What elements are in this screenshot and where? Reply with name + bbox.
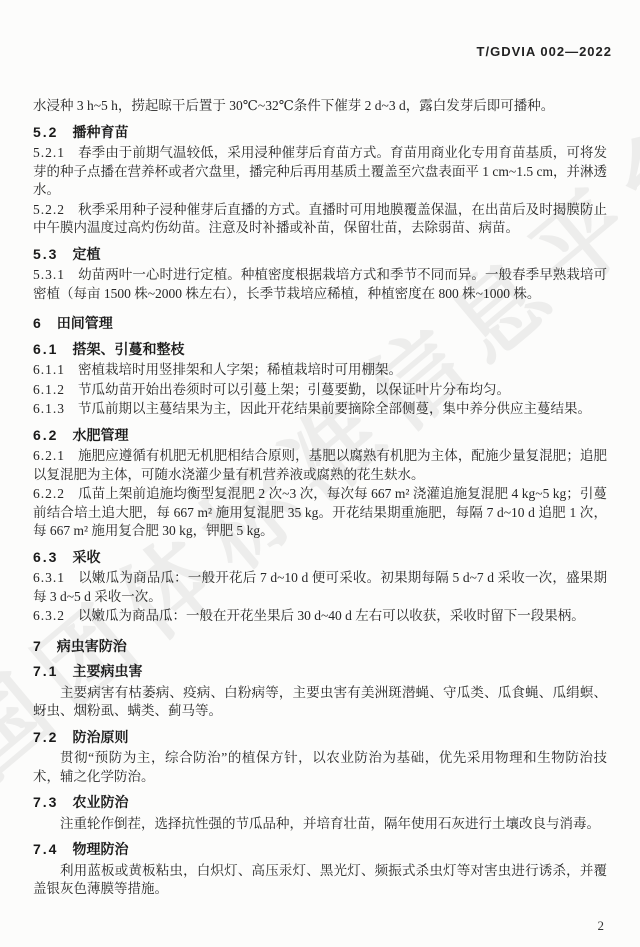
- heading-number: 7: [33, 638, 43, 654]
- clause-5-2-2: 5.2.2秋季采用种子浸种催芽后直播的方式。直播时可用地膜覆盖保温，在出苗后及时…: [33, 201, 607, 238]
- clause-text: 以嫩瓜为商品瓜：一般开花后 7 d~10 d 便可采收。初果期每隔 5 d~7 …: [33, 570, 607, 604]
- heading-7-2: 7.2防治原则: [33, 728, 607, 747]
- standard-code-header: T/GDVIA 002—2022: [477, 44, 612, 59]
- clause-6-3-2: 6.3.2以嫩瓜为商品瓜：一般在开花坐果后 30 d~40 d 左右可以收获，采…: [33, 607, 607, 626]
- clause-6-1-1: 6.1.1密植栽培时用竖排架和人字架；稀植栽培时可用棚架。: [33, 361, 607, 380]
- paragraph-text: 贯彻“预防为主，综合防治”的植保方针，以农业防治为基础，优先采用物理和生物防治技…: [33, 750, 607, 784]
- heading-title: 搭架、引蔓和整枝: [72, 341, 184, 357]
- heading-6-2: 6.2水肥管理: [33, 426, 607, 445]
- heading-number: 7.1: [33, 663, 58, 679]
- clause-number: 6.1.3: [33, 401, 65, 416]
- heading-title: 主要病虫害: [72, 663, 142, 679]
- heading-title: 农业防治: [72, 794, 128, 810]
- heading-7-4: 7.4物理防治: [33, 840, 607, 859]
- paragraph-7-2: 贯彻“预防为主，综合防治”的植保方针，以农业防治为基础，优先采用物理和生物防治技…: [33, 749, 607, 786]
- heading-7-1: 7.1主要病虫害: [33, 662, 607, 681]
- clause-6-1-2: 6.1.2节瓜幼苗开始出卷须时可以引蔓上架；引蔓要勤，以保证叶片分布均匀。: [33, 381, 607, 400]
- heading-title: 采收: [72, 549, 100, 565]
- heading-5-2: 5.2播种育苗: [33, 123, 607, 142]
- heading-number: 6.1: [33, 341, 58, 357]
- clause-6-2-2: 6.2.2瓜苗上架前追施均衡型复混肥 2 次~3 次，每次每 667 m² 浇灌…: [33, 485, 607, 541]
- heading-number: 5.2: [33, 124, 58, 140]
- clause-5-3-1: 5.3.1幼苗两叶一心时进行定植。种植密度根据栽培方式和季节不同而异。一般春季早…: [33, 266, 607, 303]
- heading-title: 播种育苗: [72, 124, 128, 140]
- heading-number: 6.3: [33, 549, 58, 565]
- heading-title: 病虫害防治: [57, 638, 127, 654]
- clause-6-1-3: 6.1.3节瓜前期以主蔓结果为主，因此开花结果前要摘除全部侧蔓，集中养分供应主蔓…: [33, 400, 607, 419]
- paragraph-continuation: 水浸种 3 h~5 h，捞起晾干后置于 30℃~32℃条件下催芽 2 d~3 d…: [33, 97, 607, 116]
- paragraph-7-1: 主要病害有枯萎病、疫病、白粉病等，主要虫害有美洲斑潜蝇、守瓜类、瓜食蝇、瓜绢螟、…: [33, 684, 607, 721]
- heading-title: 田间管理: [57, 315, 113, 331]
- heading-number: 7.4: [33, 841, 58, 857]
- clause-5-2-1: 5.2.1春季由于前期气温较低，采用浸种催芽后育苗方式。育苗用商业化专用育苗基质…: [33, 144, 607, 200]
- clause-number: 6.1.2: [33, 382, 65, 397]
- paragraph-text: 主要病害有枯萎病、疫病、白粉病等，主要虫害有美洲斑潜蝇、守瓜类、瓜食蝇、瓜绢螟、…: [33, 685, 607, 719]
- clause-number: 6.3.1: [33, 570, 65, 585]
- clause-number: 5.3.1: [33, 267, 65, 282]
- heading-6-3: 6.3采收: [33, 548, 607, 567]
- clause-text: 节瓜幼苗开始出卷须时可以引蔓上架；引蔓要勤，以保证叶片分布均匀。: [78, 382, 510, 397]
- heading-number: 5.3: [33, 246, 58, 262]
- heading-title: 定植: [72, 246, 100, 262]
- clause-6-2-1: 6.2.1施肥应遵循有机肥无机肥相结合原则，基肥以腐熟有机肥为主体，配施少量复混…: [33, 447, 607, 484]
- heading-number: 7.3: [33, 794, 58, 810]
- paragraph-text: 注重轮作倒茬，选择抗性强的节瓜品种，并培育壮苗，隔年使用石灰进行土壤改良与消毒。: [60, 816, 600, 831]
- heading-number: 6: [33, 315, 43, 331]
- clause-number: 6.1.1: [33, 362, 65, 377]
- heading-number: 7.2: [33, 729, 58, 745]
- clause-number: 6.3.2: [33, 608, 65, 623]
- clause-text: 密植栽培时用竖排架和人字架；稀植栽培时可用棚架。: [78, 362, 402, 377]
- clause-text: 以嫩瓜为商品瓜：一般在开花坐果后 30 d~40 d 左右可以收获，采收时留下一…: [78, 608, 585, 623]
- heading-title: 防治原则: [72, 729, 128, 745]
- clause-6-3-1: 6.3.1以嫩瓜为商品瓜：一般开花后 7 d~10 d 便可采收。初果期每隔 5…: [33, 569, 607, 606]
- paragraph-text: 水浸种 3 h~5 h，捞起晾干后置于 30℃~32℃条件下催芽 2 d~3 d…: [33, 98, 554, 113]
- heading-title: 物理防治: [72, 841, 128, 857]
- heading-6-1: 6.1搭架、引蔓和整枝: [33, 340, 607, 359]
- clause-text: 施肥应遵循有机肥无机肥相结合原则，基肥以腐熟有机肥为主体，配施少量复混肥；追肥以…: [33, 448, 607, 482]
- clause-number: 5.2.2: [33, 202, 65, 217]
- heading-5-3: 5.3定植: [33, 245, 607, 264]
- clause-text: 春季由于前期气温较低，采用浸种催芽后育苗方式。育苗用商业化专用育苗基质，可将发芽…: [33, 145, 607, 197]
- heading-number: 6.2: [33, 427, 58, 443]
- paragraph-7-3: 注重轮作倒茬，选择抗性强的节瓜品种，并培育壮苗，隔年使用石灰进行土壤改良与消毒。: [33, 815, 607, 834]
- clause-text: 幼苗两叶一心时进行定植。种植密度根据栽培方式和季节不同而异。一般春季早熟栽培可密…: [33, 267, 607, 301]
- heading-7: 7病虫害防治: [33, 637, 607, 656]
- clause-text: 节瓜前期以主蔓结果为主，因此开花结果前要摘除全部侧蔓，集中养分供应主蔓结果。: [78, 401, 591, 416]
- clause-number: 6.2.1: [33, 448, 65, 463]
- heading-6: 6田间管理: [33, 314, 607, 333]
- document-page: 全国团体标准信息平台 T/GDVIA 002—2022 水浸种 3 h~5 h，…: [0, 0, 640, 947]
- page-number: 2: [598, 918, 605, 934]
- heading-7-3: 7.3农业防治: [33, 793, 607, 812]
- clause-number: 6.2.2: [33, 486, 65, 501]
- document-body: 水浸种 3 h~5 h，捞起晾干后置于 30℃~32℃条件下催芽 2 d~3 d…: [33, 97, 607, 901]
- clause-text: 瓜苗上架前追施均衡型复混肥 2 次~3 次，每次每 667 m² 浇灌追施复混肥…: [33, 486, 607, 538]
- clause-number: 5.2.1: [33, 145, 65, 160]
- paragraph-7-4: 利用蓝板或黄板粘虫，白炽灯、高压汞灯、黑光灯、频振式杀虫灯等对害虫进行诱杀，并覆…: [33, 862, 607, 899]
- clause-text: 秋季采用种子浸种催芽后直播的方式。直播时可用地膜覆盖保温，在出苗后及时揭膜防止中…: [33, 202, 607, 236]
- heading-title: 水肥管理: [72, 427, 128, 443]
- paragraph-text: 利用蓝板或黄板粘虫，白炽灯、高压汞灯、黑光灯、频振式杀虫灯等对害虫进行诱杀，并覆…: [33, 863, 607, 897]
